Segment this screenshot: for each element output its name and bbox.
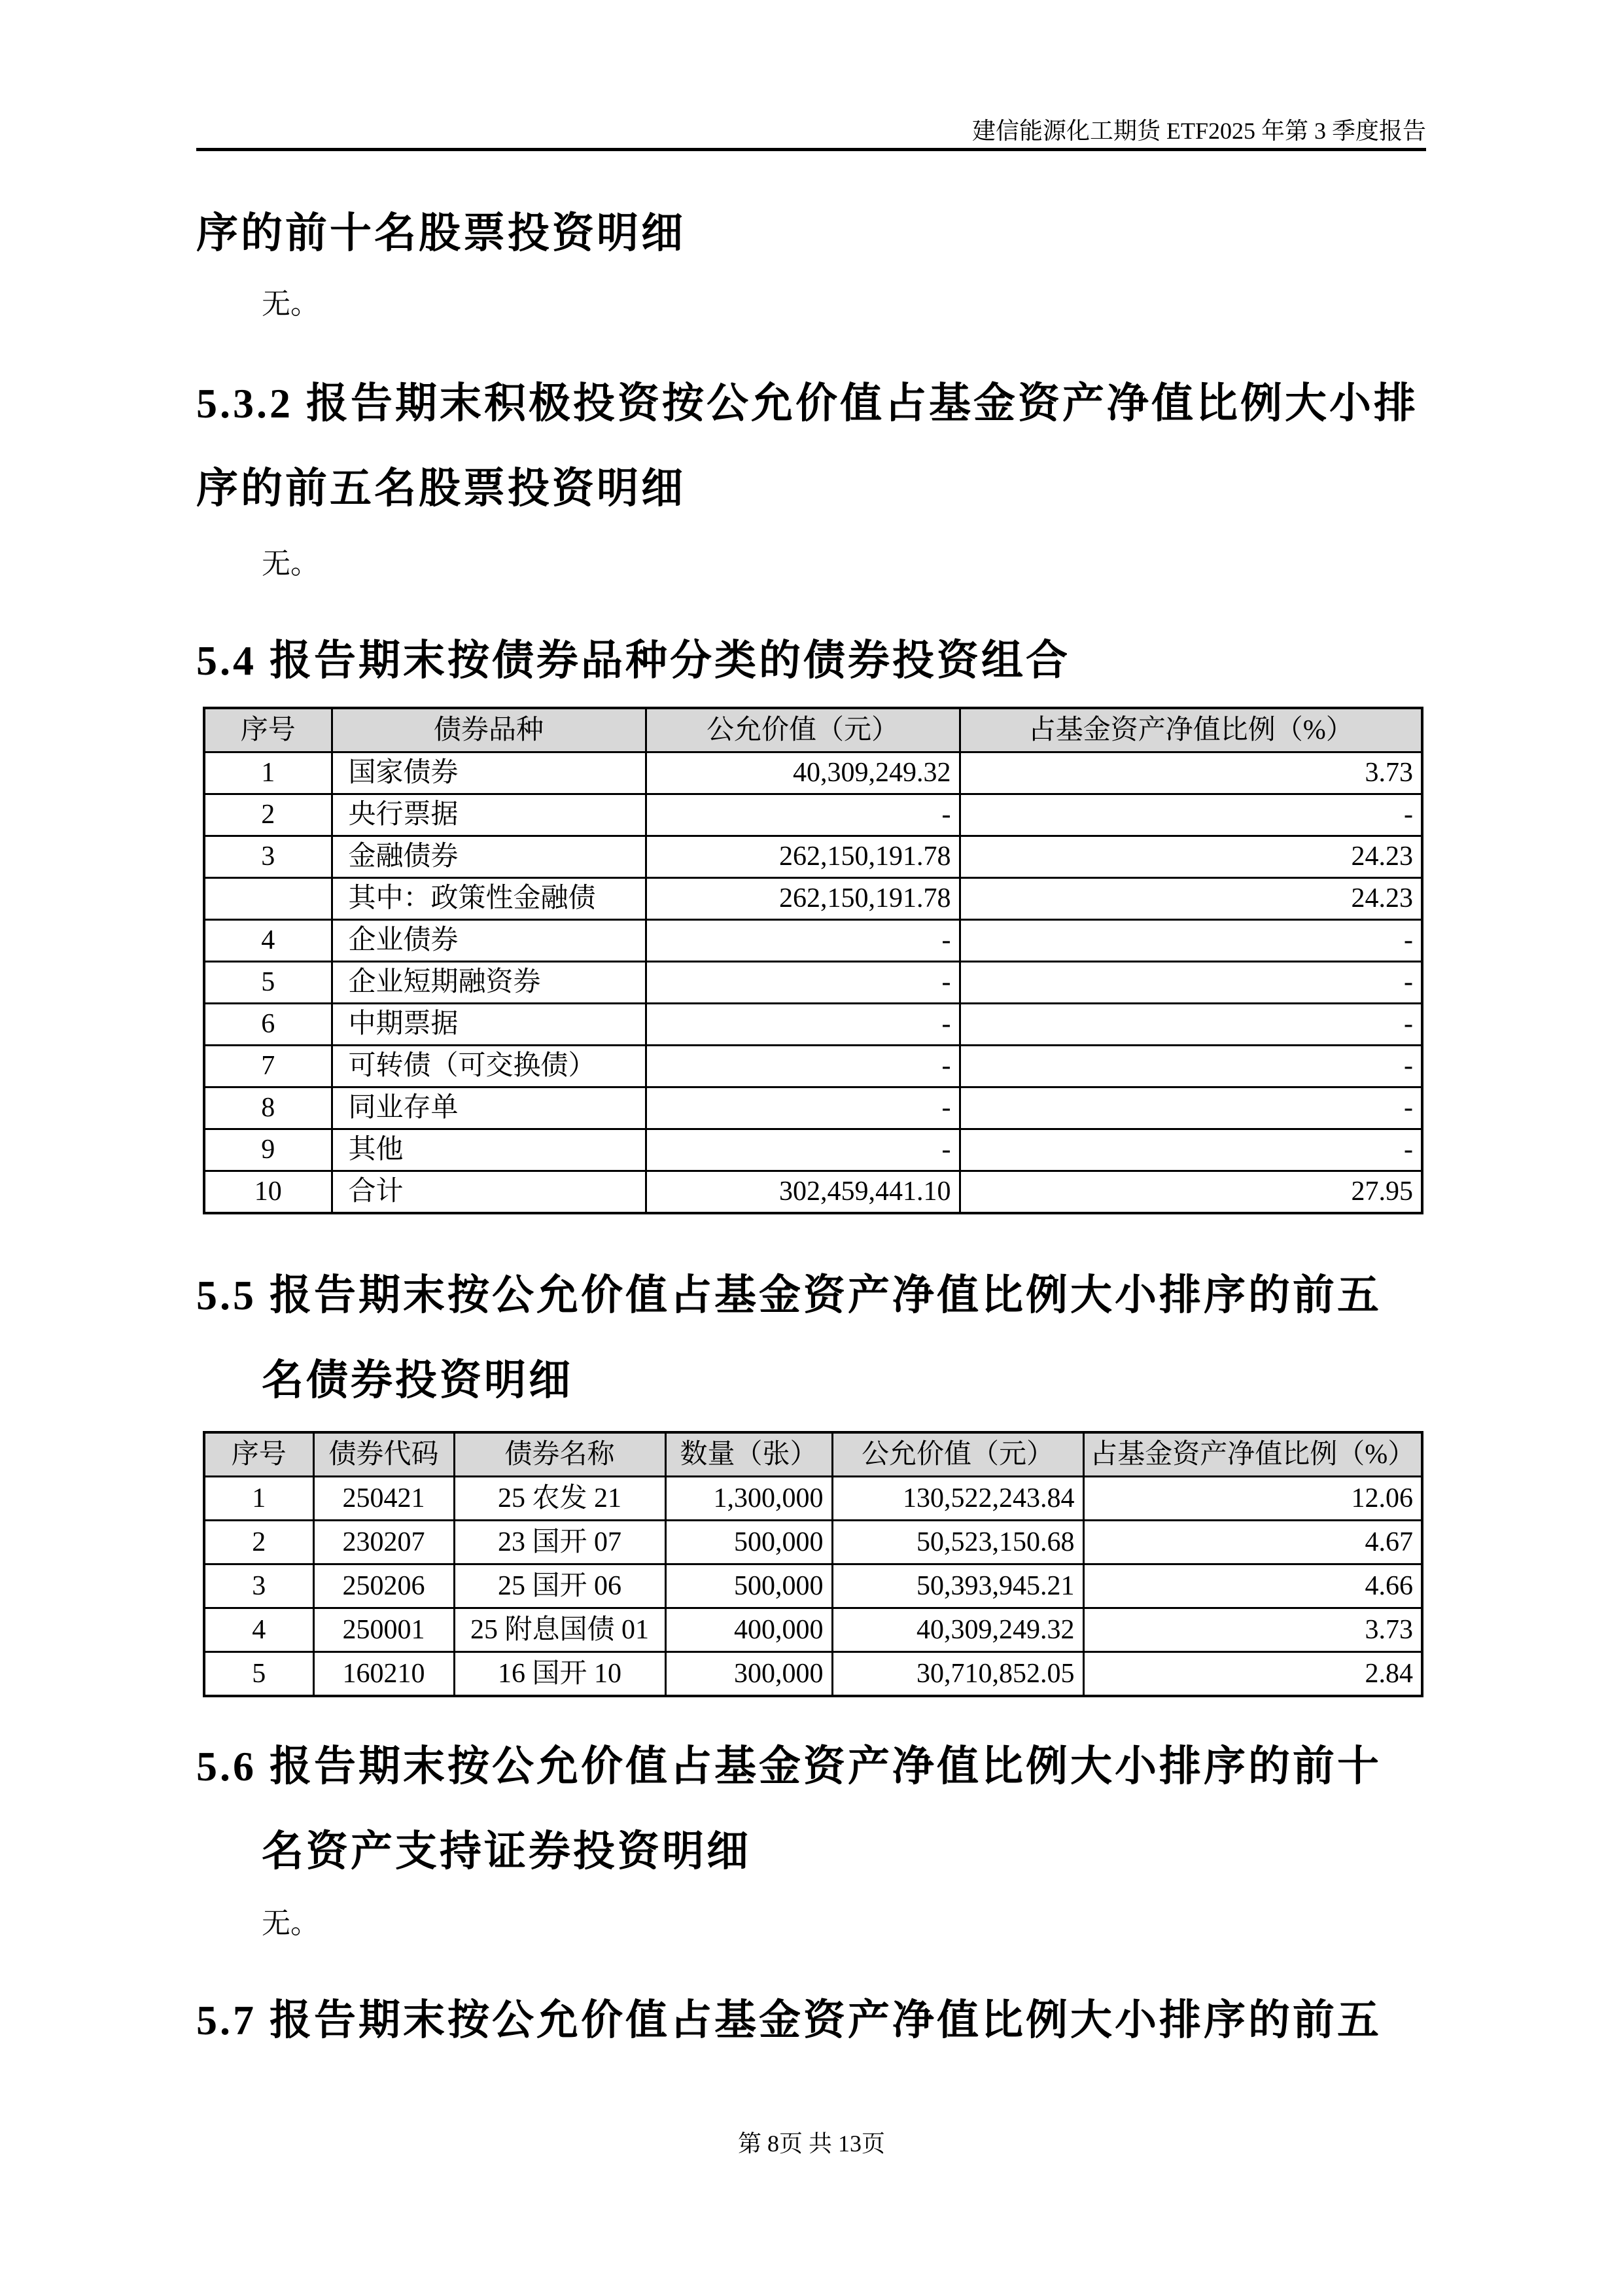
table-cell: -	[960, 920, 1422, 962]
table-cell: 23 国开 07	[454, 1521, 665, 1564]
table-cell: -	[646, 962, 960, 1004]
table-cell: 中期票据	[332, 1004, 646, 1046]
table-row: 8同业存单--	[204, 1087, 1422, 1129]
table-cell: 160210	[313, 1652, 454, 1697]
table-cell: 262,150,191.78	[646, 836, 960, 878]
none-paragraph-2: 无。	[262, 550, 319, 578]
table-cell	[204, 878, 332, 920]
table-cell: 12.06	[1083, 1477, 1422, 1521]
table-cell: 7	[204, 1046, 332, 1087]
header-rule	[196, 148, 1426, 151]
top-bonds-table-body: 125042125 农发 211,300,000130,522,243.8412…	[204, 1477, 1422, 1697]
page-number: 第 8页 共 13页	[0, 2125, 1623, 2159]
table-cell: 500,000	[665, 1564, 832, 1608]
table-cell: 250206	[313, 1564, 454, 1608]
table-cell: 16 国开 10	[454, 1652, 665, 1697]
bond-type-table: 序号债券品种公允价值（元）占基金资产净值比例（%） 1国家债券40,309,24…	[203, 707, 1423, 1214]
table-cell: -	[646, 794, 960, 836]
table-cell: 25 国开 06	[454, 1564, 665, 1608]
table-row: 9其他--	[204, 1129, 1422, 1171]
top-bonds-table: 序号债券代码债券名称数量（张）公允价值（元）占基金资产净值比例（%） 12504…	[203, 1431, 1423, 1697]
table-cell: -	[960, 794, 1422, 836]
bond-type-table-head: 序号债券品种公允价值（元）占基金资产净值比例（%）	[204, 708, 1422, 752]
table-cell: 合计	[332, 1171, 646, 1214]
table-cell: 250001	[313, 1608, 454, 1652]
table-cell: 企业债券	[332, 920, 646, 962]
table-cell: 4.66	[1083, 1564, 1422, 1608]
column-header: 占基金资产净值比例（%）	[960, 708, 1422, 752]
report-page: 建信能源化工期货 ETF2025 年第 3 季度报告 序的前十名股票投资明细 无…	[0, 0, 1623, 2296]
column-header: 公允价值（元）	[832, 1432, 1083, 1477]
table-cell: 40,309,249.32	[832, 1608, 1083, 1652]
table-cell: -	[960, 1004, 1422, 1046]
column-header: 公允价值（元）	[646, 708, 960, 752]
table-row: 325020625 国开 06500,00050,393,945.214.66	[204, 1564, 1422, 1608]
column-header: 占基金资产净值比例（%）	[1083, 1432, 1422, 1477]
section-heading-532-line2: 序的前五名股票投资明细	[196, 468, 686, 510]
table-cell: 300,000	[665, 1652, 832, 1697]
table-cell: 8	[204, 1087, 332, 1129]
column-header: 债券品种	[332, 708, 646, 752]
table-row: 7可转债（可交换债）--	[204, 1046, 1422, 1087]
section-heading-532-line1: 5.3.2 报告期末积极投资按公允价值占基金资产净值比例大小排	[196, 383, 1418, 425]
table-cell: 央行票据	[332, 794, 646, 836]
table-row: 5企业短期融资券--	[204, 962, 1422, 1004]
table-cell: 30,710,852.05	[832, 1652, 1083, 1697]
table-cell: 1	[204, 1477, 313, 1521]
table-cell: 4.67	[1083, 1521, 1422, 1564]
table-cell: -	[960, 1087, 1422, 1129]
table-cell: 3.73	[960, 752, 1422, 794]
section-heading-56-line2: 名资产支持证券投资明细	[262, 1831, 751, 1873]
table-row: 425000125 附息国债 01400,00040,309,249.323.7…	[204, 1608, 1422, 1652]
table-cell: 3	[204, 836, 332, 878]
table-cell: -	[646, 920, 960, 962]
section-heading-55-line2: 名债券投资明细	[262, 1360, 573, 1402]
section-heading-55-line1: 5.5 报告期末按公允价值占基金资产净值比例大小排序的前五	[196, 1275, 1382, 1316]
table-cell: 50,523,150.68	[832, 1521, 1083, 1564]
table-row: 2央行票据--	[204, 794, 1422, 836]
table-cell: -	[646, 1087, 960, 1129]
table-cell: 262,150,191.78	[646, 878, 960, 920]
table-row: 4企业债券--	[204, 920, 1422, 962]
table-cell: 40,309,249.32	[646, 752, 960, 794]
table-header-row: 序号债券代码债券名称数量（张）公允价值（元）占基金资产净值比例（%）	[204, 1432, 1422, 1477]
table-cell: -	[646, 1004, 960, 1046]
table-cell: 4	[204, 920, 332, 962]
table-cell: 25 农发 21	[454, 1477, 665, 1521]
table-row: 3金融债券262,150,191.7824.23	[204, 836, 1422, 878]
table-cell: 400,000	[665, 1608, 832, 1652]
none-paragraph-3: 无。	[262, 1909, 319, 1938]
table-cell: 3.73	[1083, 1608, 1422, 1652]
table-cell: 其他	[332, 1129, 646, 1171]
table-cell: 302,459,441.10	[646, 1171, 960, 1214]
column-header: 债券代码	[313, 1432, 454, 1477]
table-cell: 24.23	[960, 836, 1422, 878]
table-cell: 同业存单	[332, 1087, 646, 1129]
section-heading-531-continued: 序的前十名股票投资明细	[196, 213, 686, 255]
table-cell: -	[960, 1046, 1422, 1087]
table-cell: 1	[204, 752, 332, 794]
table-cell: 企业短期融资券	[332, 962, 646, 1004]
table-cell: 27.95	[960, 1171, 1422, 1214]
bond-type-table-body: 1国家债券40,309,249.323.732央行票据--3金融债券262,15…	[204, 752, 1422, 1214]
section-heading-56-line1: 5.6 报告期末按公允价值占基金资产净值比例大小排序的前十	[196, 1746, 1382, 1788]
table-cell: 250421	[313, 1477, 454, 1521]
table-cell: 3	[204, 1564, 313, 1608]
table-cell: 国家债券	[332, 752, 646, 794]
table-cell: -	[960, 962, 1422, 1004]
section-heading-54: 5.4 报告期末按债券品种分类的债券投资组合	[196, 640, 1070, 682]
table-cell: 可转债（可交换债）	[332, 1046, 646, 1087]
table-cell: 130,522,243.84	[832, 1477, 1083, 1521]
page-header-title: 建信能源化工期货 ETF2025 年第 3 季度报告	[972, 113, 1426, 146]
table-row: 125042125 农发 211,300,000130,522,243.8412…	[204, 1477, 1422, 1521]
column-header: 序号	[204, 708, 332, 752]
table-cell: 10	[204, 1171, 332, 1214]
table-row: 10合计302,459,441.1027.95	[204, 1171, 1422, 1214]
table-cell: 50,393,945.21	[832, 1564, 1083, 1608]
table-cell: 1,300,000	[665, 1477, 832, 1521]
table-cell: -	[646, 1129, 960, 1171]
table-cell: 其中：政策性金融债	[332, 878, 646, 920]
table-row: 1国家债券40,309,249.323.73	[204, 752, 1422, 794]
table-row: 223020723 国开 07500,00050,523,150.684.67	[204, 1521, 1422, 1564]
table-cell: 5	[204, 1652, 313, 1697]
table-cell: 9	[204, 1129, 332, 1171]
table-cell: 500,000	[665, 1521, 832, 1564]
table-header-row: 序号债券品种公允价值（元）占基金资产净值比例（%）	[204, 708, 1422, 752]
section-heading-57-line1: 5.7 报告期末按公允价值占基金资产净值比例大小排序的前五	[196, 2000, 1382, 2041]
column-header: 序号	[204, 1432, 313, 1477]
none-paragraph-1: 无。	[262, 290, 319, 319]
table-cell: 230207	[313, 1521, 454, 1564]
column-header: 数量（张）	[665, 1432, 832, 1477]
table-cell: 5	[204, 962, 332, 1004]
table-cell: 2.84	[1083, 1652, 1422, 1697]
table-cell: 25 附息国债 01	[454, 1608, 665, 1652]
table-cell: 2	[204, 1521, 313, 1564]
table-cell: -	[960, 1129, 1422, 1171]
table-row: 516021016 国开 10300,00030,710,852.052.84	[204, 1652, 1422, 1697]
table-cell: 6	[204, 1004, 332, 1046]
table-cell: 4	[204, 1608, 313, 1652]
table-cell: 金融债券	[332, 836, 646, 878]
table-cell: -	[646, 1046, 960, 1087]
table-row: 6中期票据--	[204, 1004, 1422, 1046]
column-header: 债券名称	[454, 1432, 665, 1477]
table-cell: 24.23	[960, 878, 1422, 920]
table-cell: 2	[204, 794, 332, 836]
table-row: 其中：政策性金融债262,150,191.7824.23	[204, 878, 1422, 920]
top-bonds-table-head: 序号债券代码债券名称数量（张）公允价值（元）占基金资产净值比例（%）	[204, 1432, 1422, 1477]
